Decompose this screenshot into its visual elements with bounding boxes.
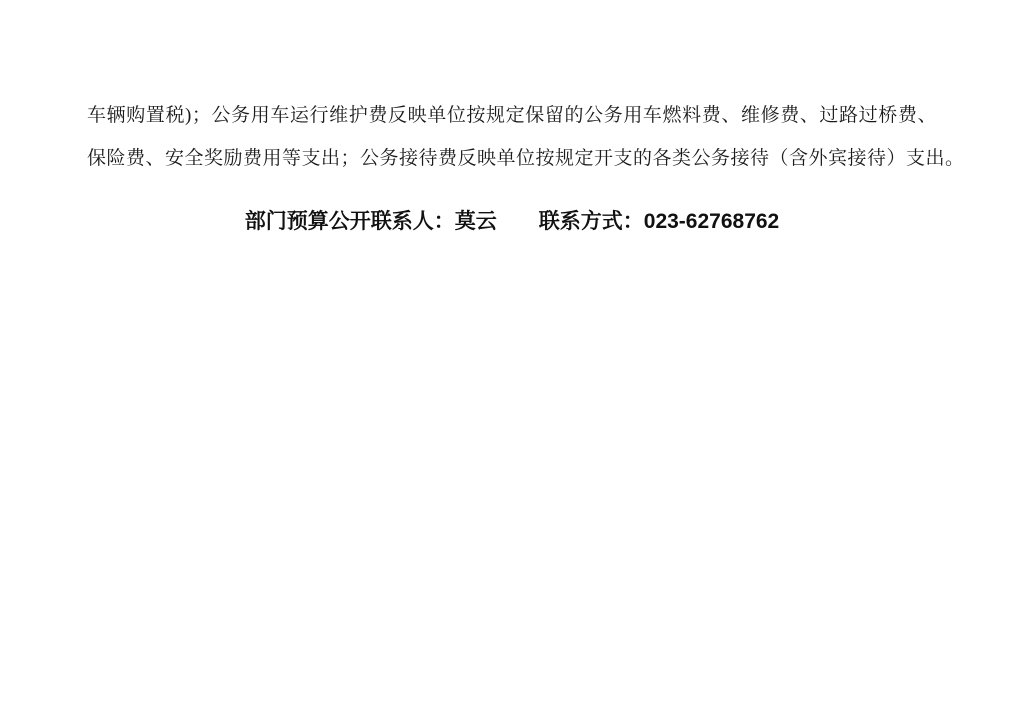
- body-paragraph: 车辆购置税)；公务用车运行维护费反映单位按规定保留的公务用车燃料费、维修费、过路…: [87, 94, 937, 180]
- contact-phone-number: 023-62768762: [644, 210, 779, 233]
- document-page: 车辆购置税)；公务用车运行维护费反映单位按规定保留的公务用车燃料费、维修费、过路…: [0, 0, 1024, 724]
- paragraph-line-2: 保险费、安全奖励费用等支出；公务接待费反映单位按规定开支的各类公务接待（含外宾接…: [87, 137, 937, 180]
- contact-method-label: 联系方式：: [539, 210, 644, 233]
- contact-line: 部门预算公开联系人：莫云联系方式：023-62768762: [0, 208, 1024, 236]
- contact-person-label: 部门预算公开联系人：: [245, 210, 455, 233]
- paragraph-line-1: 车辆购置税)；公务用车运行维护费反映单位按规定保留的公务用车燃料费、维修费、过路…: [87, 94, 937, 137]
- contact-person-name: 莫云: [455, 210, 497, 233]
